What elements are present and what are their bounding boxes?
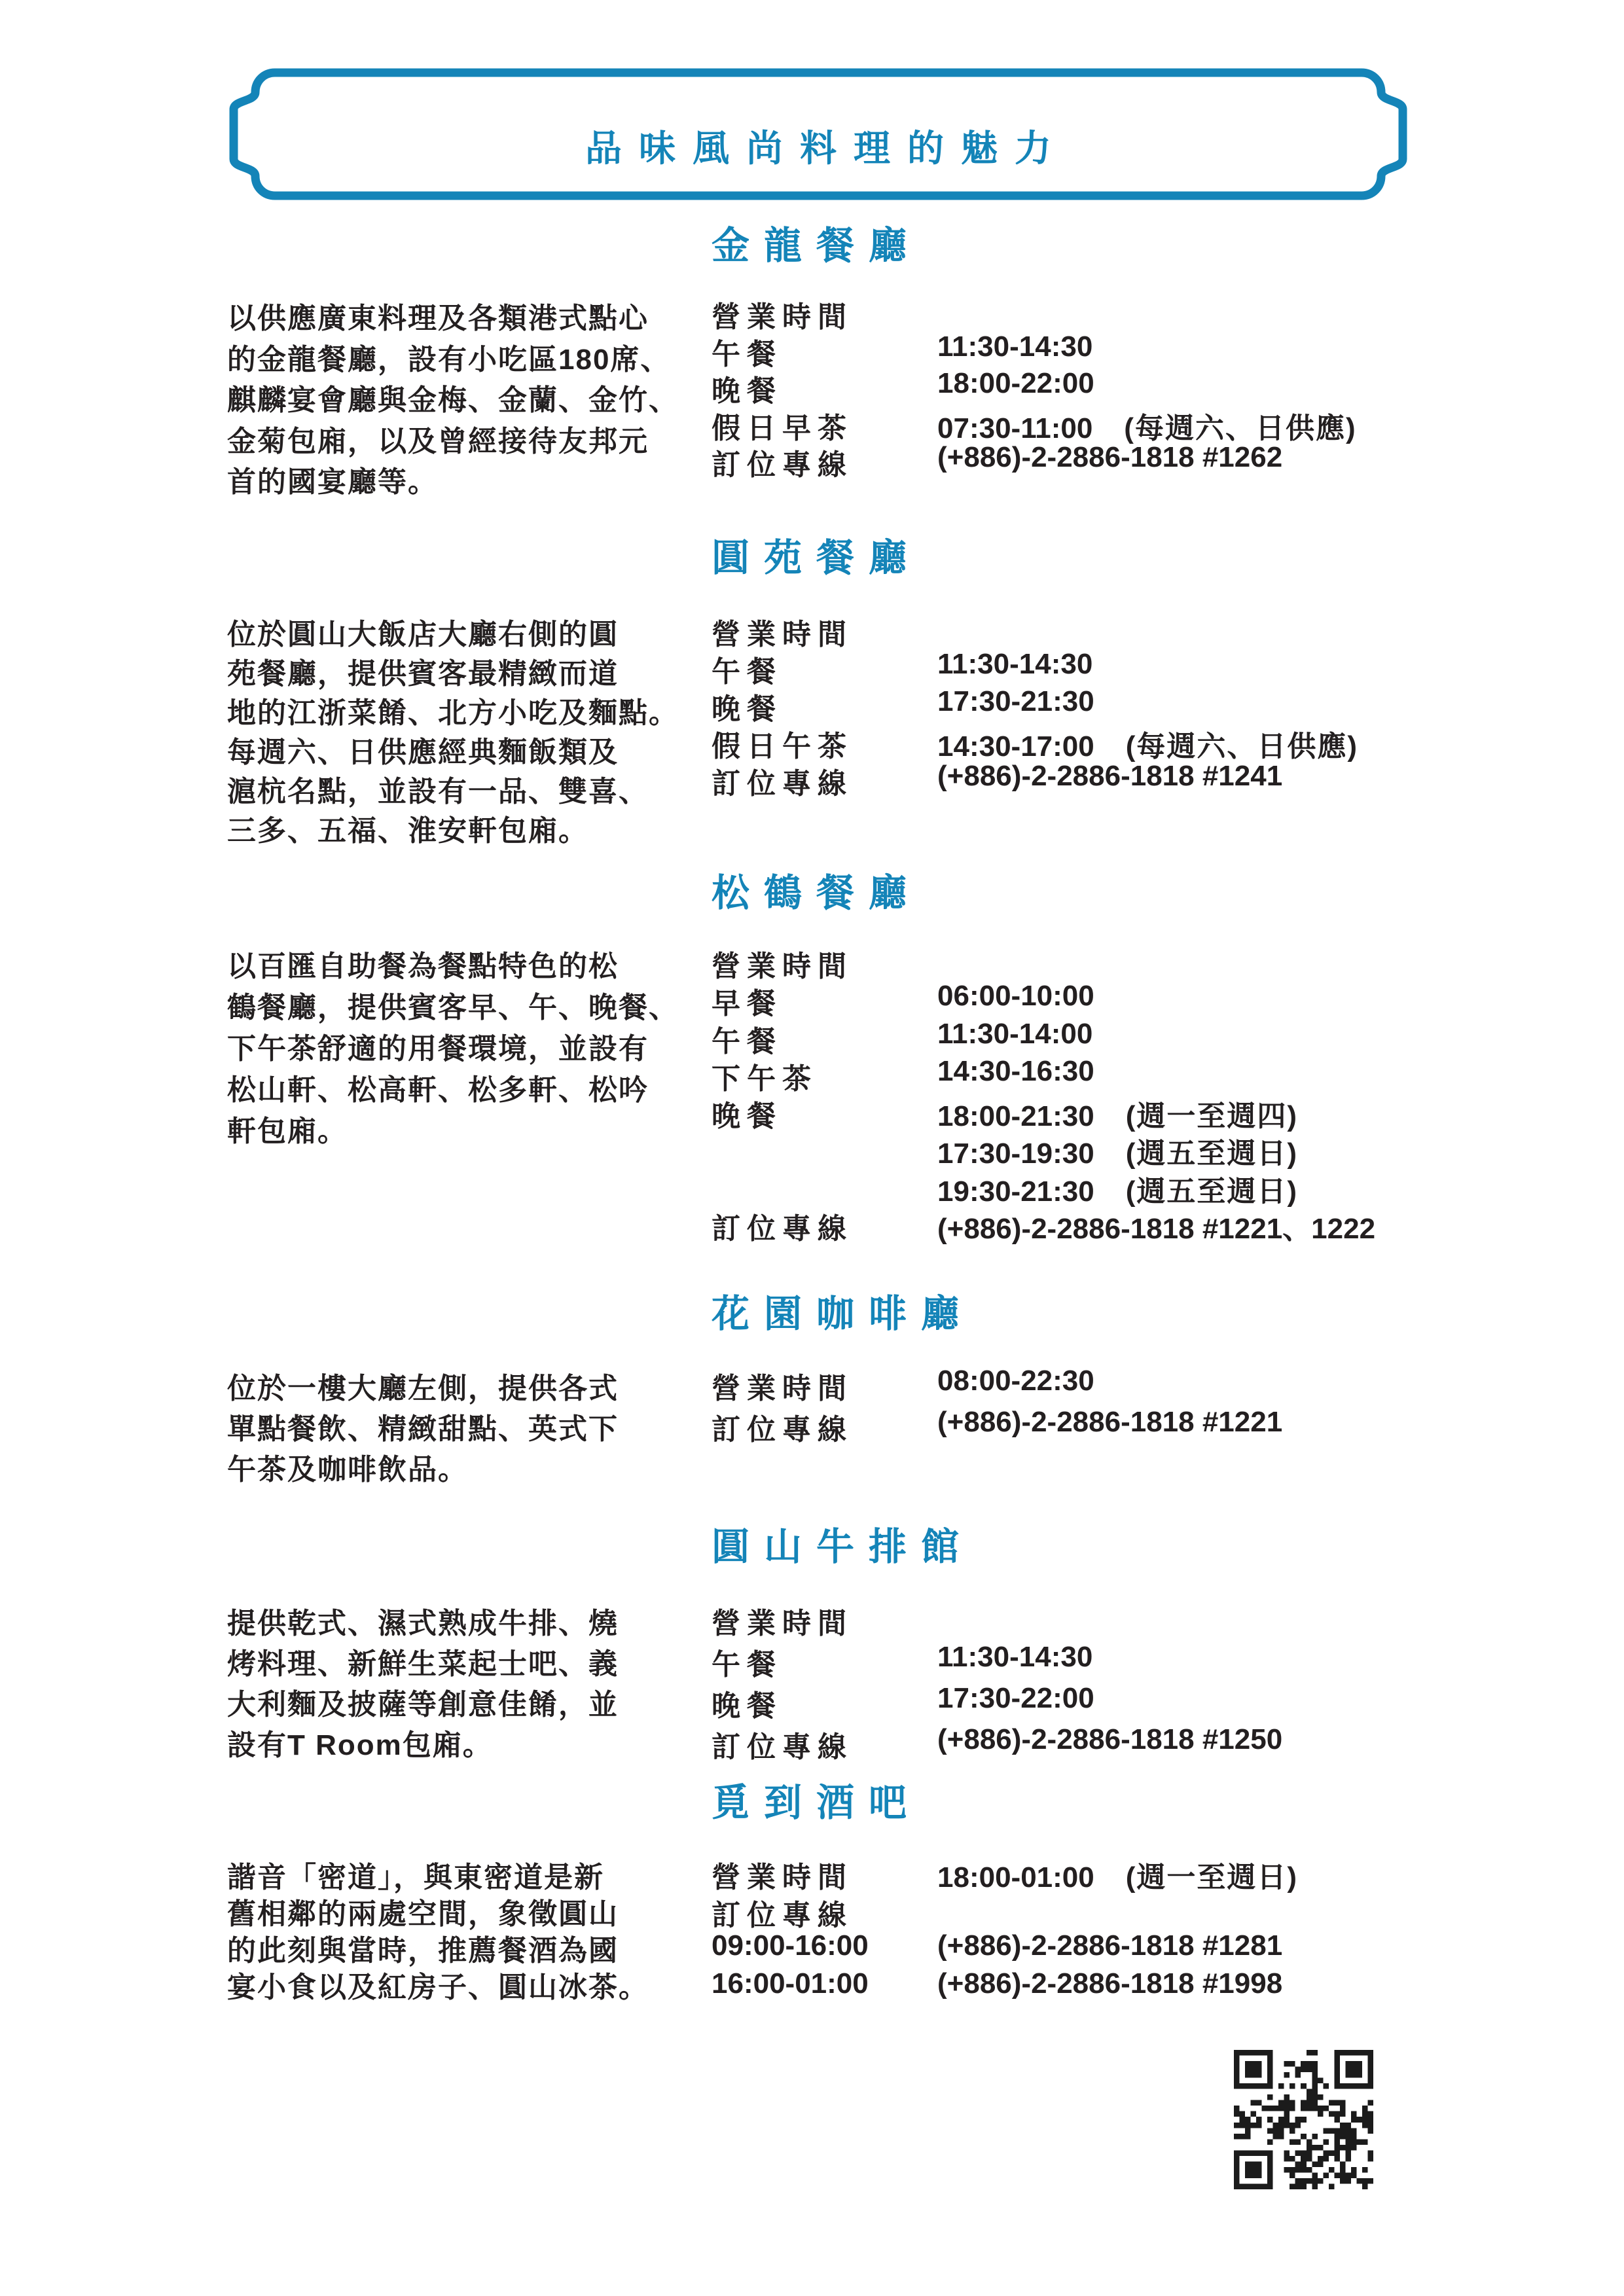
section-heading-song-he: 松鶴餐廳	[712, 872, 921, 916]
schedule-row: 午餐 11:30-14:30	[712, 648, 1484, 685]
schedule-note: (每週六、日供應)	[1126, 730, 1358, 762]
schedule-table: 營業時間 午餐 11:30-14:30 晚餐 18:00-22:00 假日早茶 …	[712, 293, 1484, 478]
schedule-table: 營業時間 08:00-22:30 訂位專線 (+886)-2-2886-1818…	[712, 1365, 1484, 1447]
paragraph-line: 單點餐飲、精緻甜點、英式下	[227, 1405, 685, 1446]
schedule-row: 午餐 11:30-14:00	[712, 1018, 1484, 1055]
schedule-time: 08:00-22:30	[937, 1365, 1094, 1397]
section-description: 諧音「密道」，與東密道是新 舊相鄰的兩處空間，象徵圓山 的此刻與當時，推薦餐酒為…	[227, 1854, 685, 2000]
schedule-row: 訂位專線 (+886)-2-2886-1818 #1262	[712, 441, 1484, 478]
paragraph-line: 以供應廣東料理及各類港式點心	[227, 295, 685, 336]
paragraph-line: 下午茶舒適的用餐環境，並設有	[227, 1025, 685, 1066]
paragraph-line: 地的江浙菜餚、北方小吃及麵點。	[227, 689, 685, 728]
paragraph-line: 大利麵及披薩等創意佳餚，並	[227, 1681, 685, 1721]
schedule-time: 11:30-14:30	[937, 331, 1092, 363]
paragraph-line: 位於圓山大飯店大廳右側的圓	[227, 611, 685, 650]
schedule-row: 17:30-19:30(週五至週日)	[712, 1130, 1484, 1167]
schedule-label: 訂位專線	[712, 1406, 937, 1448]
schedule-time: 17:30-19:30	[937, 1138, 1094, 1170]
schedule-row: 下午茶 14:30-16:30	[712, 1055, 1484, 1092]
paragraph-line: 每週六、日供應經典麵飯類及	[227, 728, 685, 768]
schedule-row: 營業時間	[712, 611, 1484, 648]
schedule-label: 訂位專線	[712, 1892, 937, 1933]
paragraph-line: 午茶及咖啡飲品。	[227, 1446, 685, 1486]
schedule-row: 午餐 11:30-14:30	[712, 1641, 1484, 1682]
schedule-row: 晚餐 18:00-21:30(週一至週四)	[712, 1092, 1484, 1130]
paragraph-line: 三多、五福、淮安軒包廂。	[227, 807, 685, 846]
schedule-time: 17:30-21:30	[937, 685, 1094, 717]
schedule-label: 午餐	[712, 1018, 937, 1060]
schedule-time: 06:00-10:00	[937, 980, 1094, 1012]
schedule-label: 16:00-01:00	[712, 1967, 937, 2000]
paragraph-line: 設有T Room包廂。	[227, 1721, 685, 1762]
schedule-time: 19:30-21:30	[937, 1175, 1094, 1208]
reservation-phone: (+886)-2-2886-1818 #1998	[937, 1967, 1282, 2000]
schedule-label: 晚餐	[712, 367, 937, 409]
schedule-row: 營業時間	[712, 942, 1484, 980]
qr-code	[1234, 2050, 1373, 2189]
paragraph-line: 烤料理、新鮮生菜起士吧、義	[227, 1640, 685, 1681]
schedule-time: 11:30-14:30	[937, 648, 1092, 680]
schedule-row: 訂位專線 (+886)-2-2886-1818 #1241	[712, 760, 1484, 797]
schedule-label: 09:00-16:00	[712, 1929, 937, 1962]
schedule-time: 14:30-16:30	[937, 1055, 1094, 1087]
paragraph-line: 麒麟宴會廳與金梅、金蘭、金竹、	[227, 376, 685, 418]
paragraph-line: 首的國宴廳等。	[227, 458, 685, 499]
section-heading-yuan-yuan: 圓苑餐廳	[712, 537, 921, 581]
schedule-label: 營業時間	[712, 1854, 937, 1895]
schedule-label: 訂位專線	[712, 760, 937, 802]
schedule-row: 營業時間	[712, 293, 1484, 331]
section-description: 位於圓山大飯店大廳右側的圓 苑餐廳，提供賓客最精緻而道 地的江浙菜餚、北方小吃及…	[227, 611, 685, 846]
schedule-row: 16:00-01:00 (+886)-2-2886-1818 #1998	[712, 1967, 1484, 2005]
paragraph-line: 滬杭名點，並設有一品、雙喜、	[227, 768, 685, 807]
schedule-row: 訂位專線	[712, 1892, 1484, 1929]
schedule-label: 營業時間	[712, 1600, 937, 1641]
section-heading-mi-dao-bar: 覓到酒吧	[712, 1782, 921, 1825]
schedule-row: 晚餐 18:00-22:00	[712, 367, 1484, 404]
schedule-row: 營業時間 08:00-22:30	[712, 1365, 1484, 1406]
schedule-note: (週五至週日)	[1126, 1175, 1298, 1208]
schedule-note: (週五至週日)	[1126, 1138, 1298, 1170]
section-description: 提供乾式、濕式熟成牛排、燒 烤料理、新鮮生菜起士吧、義 大利麵及披薩等創意佳餚，…	[227, 1600, 685, 1762]
schedule-label: 訂位專線	[712, 1205, 937, 1247]
schedule-row: 假日午茶 14:30-17:00(每週六、日供應)	[712, 723, 1484, 760]
paragraph-line: 提供乾式、濕式熟成牛排、燒	[227, 1600, 685, 1640]
schedule-label: 訂位專線	[712, 1723, 937, 1765]
schedule-table: 營業時間 午餐 11:30-14:30 晚餐 17:30-21:30 假日午茶 …	[712, 611, 1484, 797]
schedule-time: 14:30-17:00	[937, 730, 1094, 762]
schedule-label: 午餐	[712, 1641, 937, 1683]
schedule-table: 營業時間 午餐 11:30-14:30 晚餐 17:30-22:00 訂位專線 …	[712, 1600, 1484, 1765]
schedule-time: 11:30-14:30	[937, 1641, 1092, 1673]
schedule-label: 營業時間	[712, 1365, 937, 1407]
reservation-phone: (+886)-2-2886-1818 #1262	[937, 441, 1282, 473]
schedule-row: 晚餐 17:30-22:00	[712, 1682, 1484, 1723]
schedule-row: 訂位專線 (+886)-2-2886-1818 #1221	[712, 1406, 1484, 1447]
schedule-row: 假日早茶 07:30-11:00(每週六、日供應)	[712, 404, 1484, 442]
schedule-table: 營業時間 早餐 06:00-10:00 午餐 11:30-14:00 下午茶 1…	[712, 942, 1484, 1242]
schedule-row: 午餐 11:30-14:30	[712, 331, 1484, 368]
section-description: 以供應廣東料理及各類港式點心 的金龍餐廳，設有小吃區180席、 麒麟宴會廳與金梅…	[227, 295, 685, 499]
schedule-label: 營業時間	[712, 611, 937, 653]
schedule-row: 營業時間 18:00-01:00(週一至週日)	[712, 1854, 1484, 1892]
paragraph-line: 舊相鄰的兩處空間，象徵圓山	[227, 1890, 685, 1927]
schedule-time: 18:00-21:30	[937, 1100, 1094, 1132]
title-plaque: 品味風尚料理的魅力	[226, 67, 1411, 201]
reservation-phone: (+886)-2-2886-1818 #1221、1222	[937, 1213, 1375, 1245]
schedule-time: 17:30-22:00	[937, 1682, 1094, 1714]
paragraph-line: 軒包廂。	[227, 1107, 685, 1149]
schedule-note: (週一至週四)	[1126, 1100, 1298, 1132]
schedule-label: 訂位專線	[712, 441, 937, 483]
schedule-label: 假日午茶	[712, 723, 937, 764]
schedule-row: 晚餐 17:30-21:30	[712, 685, 1484, 723]
schedule-label: 營業時間	[712, 942, 937, 984]
schedule-row: 早餐 06:00-10:00	[712, 980, 1484, 1017]
paragraph-line: 的此刻與當時，推薦餐酒為國	[227, 1927, 685, 1964]
reservation-phone: (+886)-2-2886-1818 #1241	[937, 760, 1282, 792]
reservation-phone: (+886)-2-2886-1818 #1250	[937, 1723, 1282, 1755]
schedule-label: 營業時間	[712, 293, 937, 335]
schedule-time: 11:30-14:00	[937, 1018, 1092, 1050]
schedule-label: 早餐	[712, 980, 937, 1022]
paragraph-line: 鶴餐廳，提供賓客早、午、晚餐、	[227, 984, 685, 1025]
paragraph-line: 位於一樓大廳左側，提供各式	[227, 1365, 685, 1405]
paragraph-line: 的金龍餐廳，設有小吃區180席、	[227, 336, 685, 377]
schedule-table: 營業時間 18:00-01:00(週一至週日) 訂位專線 09:00-16:00…	[712, 1854, 1484, 2005]
schedule-label: 晚餐	[712, 685, 937, 727]
brochure-page: 品味風尚料理的魅力 金龍餐廳 以供應廣東料理及各類港式點心 的金龍餐廳，設有小吃…	[0, 0, 1624, 2296]
paragraph-line: 諧音「密道」，與東密道是新	[227, 1854, 685, 1890]
schedule-time: 07:30-11:00	[937, 412, 1092, 444]
schedule-row: 營業時間	[712, 1600, 1484, 1641]
section-heading-golden-dragon: 金龍餐廳	[712, 224, 921, 268]
schedule-label: 午餐	[712, 331, 937, 372]
section-description: 位於一樓大廳左側，提供各式 單點餐飲、精緻甜點、英式下 午茶及咖啡飲品。	[227, 1365, 685, 1486]
schedule-time: 18:00-01:00	[937, 1861, 1094, 1893]
paragraph-line: 金菊包廂，以及曾經接待友邦元	[227, 418, 685, 459]
schedule-label: 假日早茶	[712, 404, 937, 446]
section-heading-garden-cafe: 花園咖啡廳	[712, 1293, 973, 1336]
schedule-time: 18:00-22:00	[937, 367, 1094, 399]
reservation-phone: (+886)-2-2886-1818 #1281	[937, 1929, 1282, 1962]
paragraph-line: 以百匯自助餐為餐點特色的松	[227, 942, 685, 984]
schedule-row: 09:00-16:00 (+886)-2-2886-1818 #1281	[712, 1929, 1484, 1967]
reservation-phone: (+886)-2-2886-1818 #1221	[937, 1406, 1282, 1438]
schedule-label: 晚餐	[712, 1682, 937, 1724]
schedule-row: 訂位專線 (+886)-2-2886-1818 #1221、1222	[712, 1205, 1484, 1242]
schedule-label: 下午茶	[712, 1055, 937, 1097]
schedule-row: 19:30-21:30(週五至週日)	[712, 1168, 1484, 1205]
schedule-row: 訂位專線 (+886)-2-2886-1818 #1250	[712, 1723, 1484, 1765]
section-heading-grand-steakhouse: 圓山牛排館	[712, 1526, 973, 1570]
schedule-label: 午餐	[712, 648, 937, 690]
schedule-note: (週一至週日)	[1126, 1861, 1298, 1893]
page-title: 品味風尚料理的魅力	[226, 120, 1411, 172]
schedule-note: (每週六、日供應)	[1124, 412, 1356, 444]
paragraph-line: 宴小食以及紅房子、圓山冰茶。	[227, 1964, 685, 2000]
schedule-label: 晚餐	[712, 1092, 937, 1134]
paragraph-line: 苑餐廳，提供賓客最精緻而道	[227, 650, 685, 689]
section-description: 以百匯自助餐為餐點特色的松 鶴餐廳，提供賓客早、午、晚餐、 下午茶舒適的用餐環境…	[227, 942, 685, 1149]
paragraph-line: 松山軒、松高軒、松多軒、松吟	[227, 1066, 685, 1107]
